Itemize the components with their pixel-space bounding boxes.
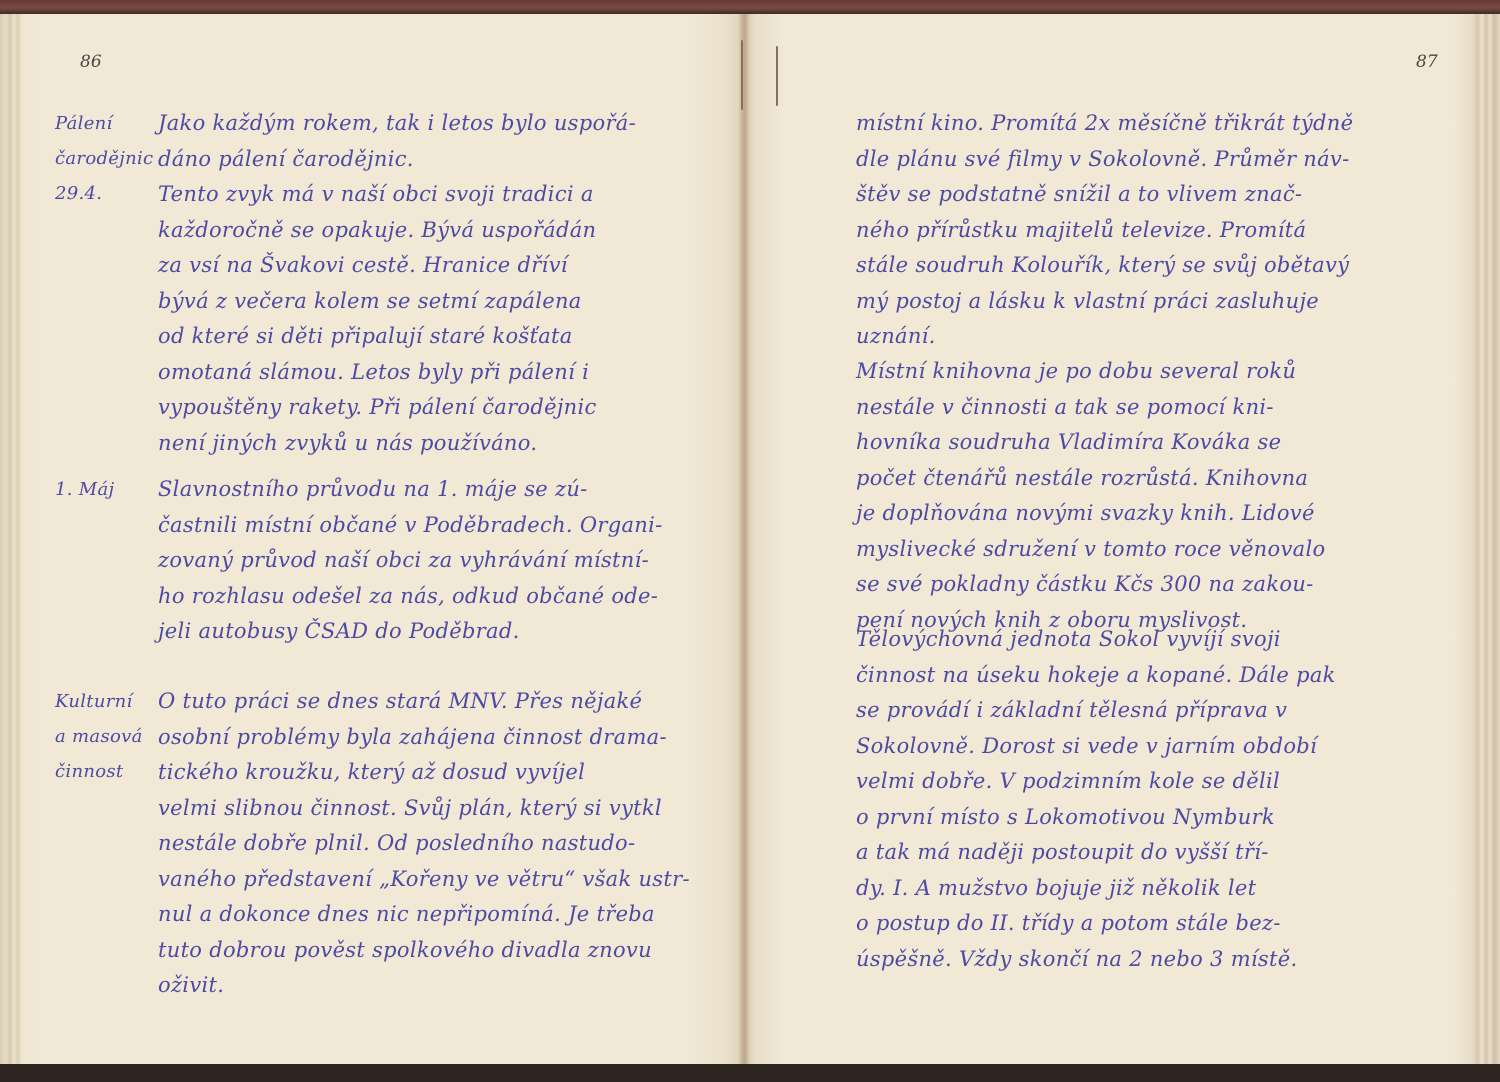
- text-line: a tak má naději postoupit do vyšší tří-: [856, 835, 1436, 871]
- left-page: 86 Pálení čarodějnic 29.4. Jako každým r…: [0, 14, 744, 1064]
- text-line: O tuto práci se dnes stará MNV. Přes něj…: [158, 684, 718, 720]
- text-line: se provádí i základní tělesná příprava v: [856, 693, 1436, 729]
- text-line: je doplňována novými svazky knih. Lidové: [856, 496, 1436, 532]
- margin-note-line: a masová: [55, 719, 155, 754]
- text-line: Jako každým rokem, tak i letos bylo uspo…: [158, 106, 718, 142]
- section-sokol-text: Tělovýchovná jednota Sokol vyvíjí svoji …: [856, 622, 1436, 977]
- text-line: velmi slibnou činnost. Svůj plán, který …: [158, 791, 718, 827]
- text-line: není jiných zvyků u nás používáno.: [158, 426, 718, 462]
- text-line: omotaná slámou. Letos byly při pálení i: [158, 355, 718, 391]
- margin-note-line: Kulturní: [55, 684, 155, 719]
- text-line: myslivecké sdružení v tomto roce věnoval…: [856, 532, 1436, 568]
- section-kino-text: místní kino. Promítá 2x měsíčně třikrát …: [856, 106, 1436, 355]
- text-line: Sokolovně. Dorost si vede v jarním obdob…: [856, 729, 1436, 765]
- text-line: nestále dobře plnil. Od posledního nastu…: [158, 826, 718, 862]
- section-paleni-text: Jako každým rokem, tak i letos bylo uspo…: [158, 106, 718, 461]
- text-line: zovaný průvod naší obci za vyhrávání mís…: [158, 543, 718, 579]
- text-line: ho rozhlasu odešel za nás, odkud občané …: [158, 579, 718, 615]
- text-line: o postup do II. třídy a potom stále bez-: [856, 906, 1436, 942]
- text-line: Slavnostního průvodu na 1. máje se zú-: [158, 472, 718, 508]
- text-line: dáno pálení čarodějnic.: [158, 142, 718, 178]
- margin-note-paleni: Pálení čarodějnic 29.4.: [55, 106, 155, 211]
- text-line: bývá z večera kolem se setmí zapálena: [158, 284, 718, 320]
- text-line: častnili místní občané v Poděbradech. Or…: [158, 508, 718, 544]
- book-cover-edge: [0, 1064, 1500, 1082]
- book-gutter: [738, 14, 750, 1064]
- text-line: Místní knihovna je po dobu several roků: [856, 354, 1436, 390]
- margin-note-line: čarodějnic: [55, 141, 155, 176]
- text-line: úspěšně. Vždy skončí na 2 nebo 3 místě.: [856, 942, 1436, 978]
- text-line: hovníka soudruha Vladimíra Kováka se: [856, 425, 1436, 461]
- text-line: každoročně se opakuje. Bývá uspořádán: [158, 213, 718, 249]
- text-line: nestále v činnosti a tak se pomocí kni-: [856, 390, 1436, 426]
- section-knihovna-text: Místní knihovna je po dobu several roků …: [856, 354, 1436, 638]
- section-1-maj-text: Slavnostního průvodu na 1. máje se zú- č…: [158, 472, 718, 650]
- text-line: za vsí na Švakovi cestě. Hranice dříví: [158, 248, 718, 284]
- text-line: od které si děti připalují staré košťata: [158, 319, 718, 355]
- text-line: velmi dobře. V podzimním kole se dělil: [856, 764, 1436, 800]
- open-book-spread: 86 Pálení čarodějnic 29.4. Jako každým r…: [0, 0, 1500, 1082]
- text-line: mý postoj a lásku k vlastní práci zasluh…: [856, 284, 1436, 320]
- text-line: vypouštěny rakety. Při pálení čarodějnic: [158, 390, 718, 426]
- text-line: činnost na úseku hokeje a kopané. Dále p…: [856, 658, 1436, 694]
- margin-note-1-maj: 1. Máj: [55, 472, 155, 507]
- text-line: o první místo s Lokomotivou Nymburk: [856, 800, 1436, 836]
- text-line: dle plánu své filmy v Sokolovně. Průměr …: [856, 142, 1436, 178]
- margin-note-line: Pálení: [55, 106, 155, 141]
- text-line: se své pokladny částku Kčs 300 na zakou-: [856, 567, 1436, 603]
- text-line: uznání.: [856, 319, 1436, 355]
- margin-note-date: 29.4.: [55, 176, 155, 211]
- text-line: tického kroužku, který až dosud vyvíjel: [158, 755, 718, 791]
- text-line: Tento zvyk má v naší obci svoji tradici …: [158, 177, 718, 213]
- text-line: nul a dokonce dnes nic nepřipomíná. Je t…: [158, 897, 718, 933]
- text-line: počet čtenářů nestále rozrůstá. Knihovna: [856, 461, 1436, 497]
- page-number-left: 86: [80, 52, 102, 72]
- section-kulturni-text: O tuto práci se dnes stará MNV. Přes něj…: [158, 684, 718, 1004]
- text-line: oživit.: [158, 968, 718, 1004]
- right-page: 87 místní kino. Promítá 2x měsíčně třikr…: [744, 14, 1500, 1064]
- text-line: štěv se podstatně snížil a to vlivem zna…: [856, 177, 1436, 213]
- text-line: ného přírůstku majitelů televize. Promít…: [856, 213, 1436, 249]
- text-line: místní kino. Promítá 2x měsíčně třikrát …: [856, 106, 1436, 142]
- text-line: stále soudruh Kolouřík, který se svůj ob…: [856, 248, 1436, 284]
- text-line: vaného představení „Kořeny ve větru“ vša…: [158, 862, 718, 898]
- margin-note-line: 1. Máj: [55, 472, 155, 507]
- text-line: osobní problémy byla zahájena činnost dr…: [158, 720, 718, 756]
- page-number-right: 87: [1416, 52, 1438, 72]
- pencil-mark: [776, 46, 778, 106]
- text-line: tuto dobrou pověst spolkového divadla zn…: [158, 933, 718, 969]
- margin-note-kulturni: Kulturní a masová činnost: [55, 684, 155, 789]
- margin-note-line: činnost: [55, 754, 155, 789]
- text-line: jeli autobusy ČSAD do Poděbrad.: [158, 614, 718, 650]
- text-line: Tělovýchovná jednota Sokol vyvíjí svoji: [856, 622, 1436, 658]
- text-line: dy. I. A mužstvo bojuje již několik let: [856, 871, 1436, 907]
